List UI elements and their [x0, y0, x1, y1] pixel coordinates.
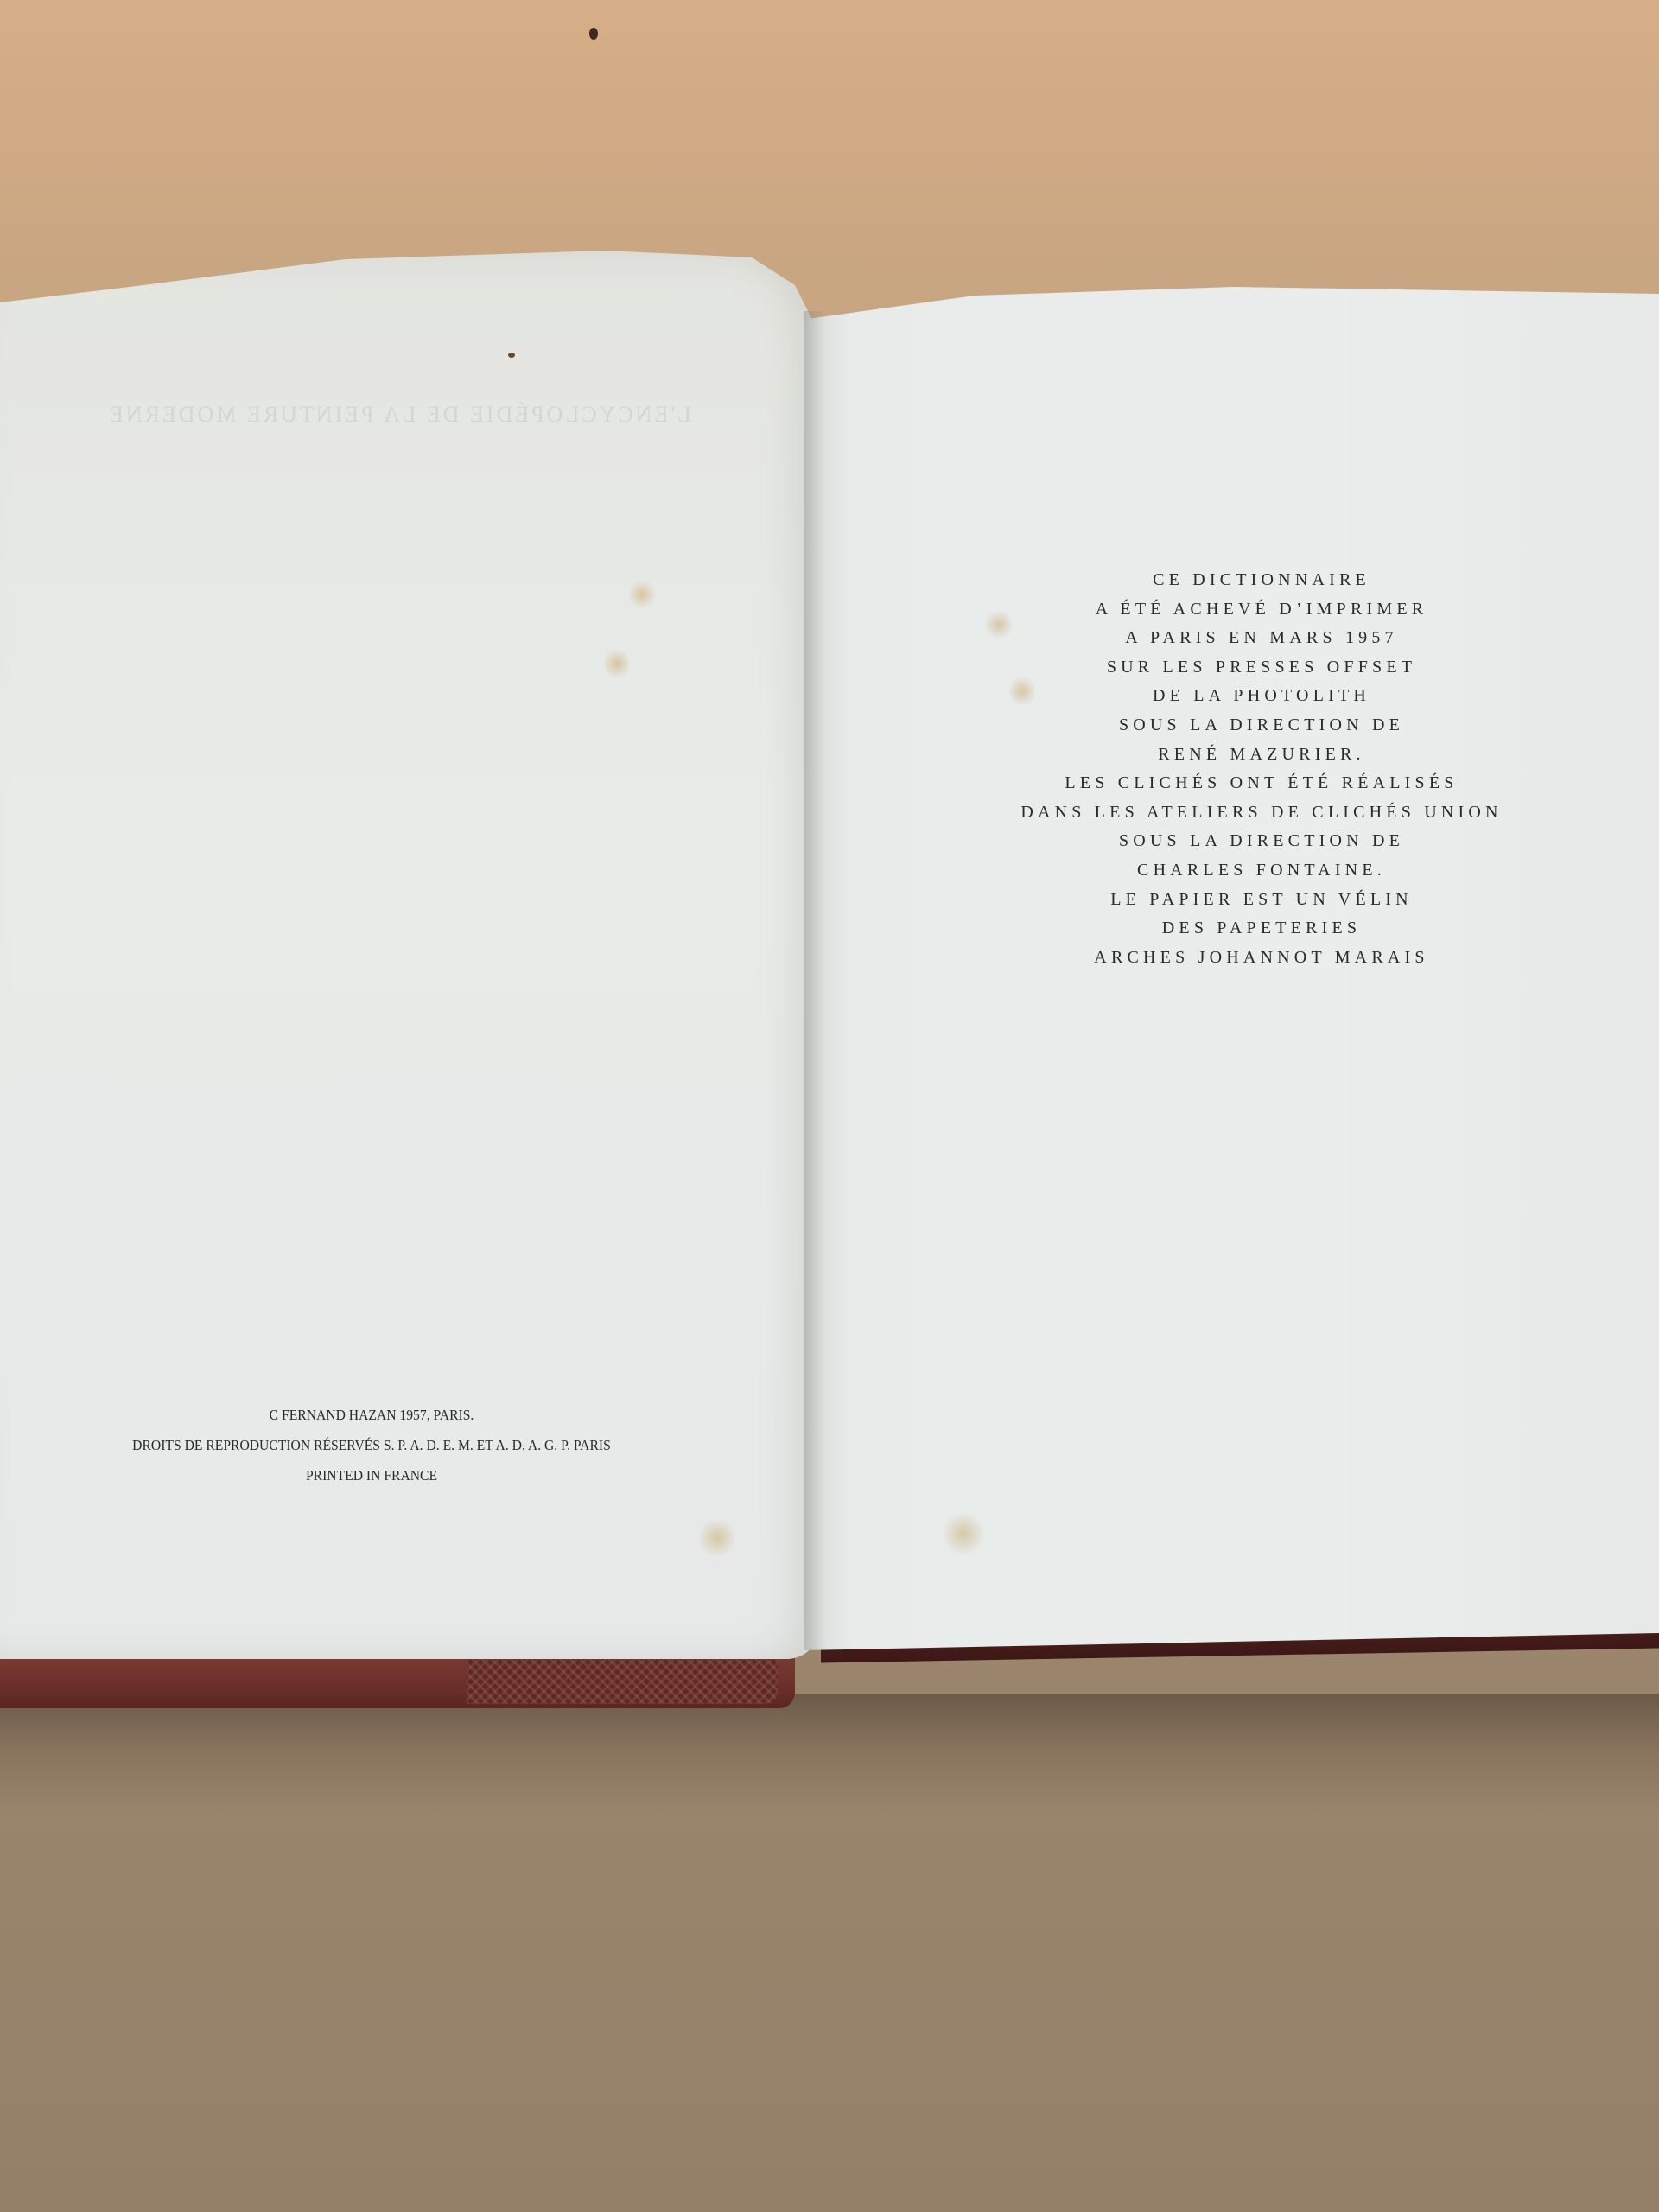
colophon-line: DANS LES ATELIERS DE CLICHÉS UNION [950, 798, 1573, 828]
copyright-notice: C FERNAND HAZAN 1957, PARIS. DROITS DE R… [29, 1400, 713, 1491]
foxing-stain [700, 1516, 734, 1560]
colophon-line: CHARLES FONTAINE. [950, 856, 1573, 886]
colophon-line: ARCHES JOHANNOT MARAIS [950, 944, 1573, 973]
dust-speck [508, 353, 515, 358]
rights-line: DROITS DE REPRODUCTION RÉSERVÉS S. P. A.… [29, 1430, 713, 1460]
book-spine-leather [467, 1659, 778, 1704]
colophon-line: CE DICTIONNAIRE [950, 566, 1573, 595]
colophon-line: A PARIS EN MARS 1957 [950, 624, 1573, 653]
colophon-line: LES CLICHÉS ONT ÉTÉ RÉALISÉS [950, 769, 1573, 798]
table-surface-shadow [0, 1694, 1659, 1815]
copyright-line: C FERNAND HAZAN 1957, PARIS. [29, 1400, 713, 1430]
colophon-line: RENÉ MAZURIER. [950, 741, 1573, 770]
foxing-stain [629, 579, 655, 610]
colophon: CE DICTIONNAIRE A ÉTÉ ACHEVÉ D’IMPRIMER … [950, 566, 1573, 972]
colophon-line: LE PAPIER EST UN VÉLIN [950, 886, 1573, 915]
book-gutter [804, 311, 826, 1650]
bleed-through-text: L'ENCYCLOPÉDIE DE LA PEINTURE MODERNE [138, 402, 691, 428]
foxing-stain [605, 646, 629, 681]
colophon-line: SOUS LA DIRECTION DE [950, 827, 1573, 856]
colophon-line: DES PAPETERIES [950, 914, 1573, 944]
foxing-stain [942, 1512, 985, 1555]
printed-in-line: PRINTED IN FRANCE [29, 1460, 713, 1491]
dust-speck [589, 28, 598, 40]
colophon-line: SUR LES PRESSES OFFSET [950, 653, 1573, 683]
colophon-line: DE LA PHOTOLITH [950, 682, 1573, 711]
colophon-line: A ÉTÉ ACHEVÉ D’IMPRIMER [950, 595, 1573, 625]
colophon-line: SOUS LA DIRECTION DE [950, 711, 1573, 741]
